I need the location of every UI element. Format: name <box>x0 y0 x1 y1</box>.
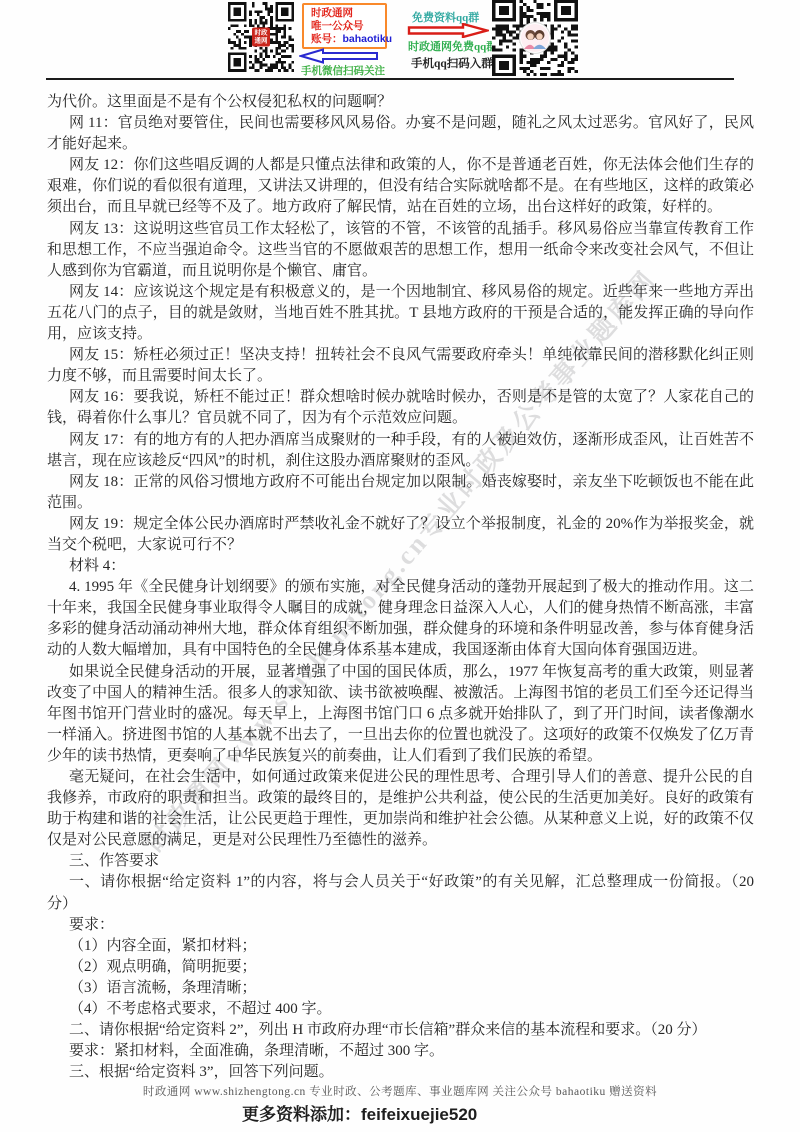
arrow-right-icon <box>407 23 489 38</box>
netizen-comment-17: 网友 17：有的地方有的人把办酒席当成聚财的一种手段，有的人被迫效仿，逐渐形成歪… <box>47 430 754 472</box>
site-name-label: 时政通网 <box>311 7 385 20</box>
question-1-requirement-2: （2）观点明确，简明扼要； <box>47 957 754 978</box>
account-value: bahaotiku <box>343 33 393 45</box>
wechat-account-box: 时政通网 唯一公众号 账号：bahaotiku <box>302 3 387 49</box>
netizen-comment-11: 网 11：官员绝对要管住，民间也需要移风风易俗。办宴不是问题，随礼之风太过恶劣。… <box>47 113 754 155</box>
question-2: 二、请你根据“给定资料 2”，列出 H 市政府办理“市长信箱”群众来信的基本流程… <box>47 1020 754 1041</box>
material-4-paragraph-3: 毫无疑问，在社会生活中，如何通过政策来促进公民的理性思考、合理引导人们的善意、提… <box>47 767 754 851</box>
question-3: 三、根据“给定资料 3”，回答下列问题。 <box>47 1062 754 1083</box>
netizen-comment-13: 网友 13：这说明这些官员工作太轻松了，该管的不管，不该管的乱插手。移风易俗应当… <box>47 219 754 282</box>
material-4-paragraph-1: 4. 1995 年《全民健身计划纲要》的颁布实施，对全民健身活动的蓬勃开展起到了… <box>47 577 754 661</box>
question-1-requirement-1: （1）内容全面，紧扣材料； <box>47 936 754 957</box>
official-account-label: 唯一公众号 <box>311 20 385 33</box>
answer-requirements-heading: 三、作答要求 <box>47 851 754 872</box>
header-divider <box>46 78 734 80</box>
material-4-paragraph-2: 如果说全民健身活动的开展，显著增强了中国的国民体质，那么，1977 年恢复高考的… <box>47 662 754 767</box>
paragraph-continuation: 为代价。这里面是不是有个公权侵犯私权的问题啊？ <box>47 92 754 113</box>
qq-group-avatar <box>520 23 550 53</box>
footer-contact-label: 更多资料添加： <box>242 1105 361 1124</box>
netizen-comment-14: 网友 14：应该说这个规定是有积极意义的，是一个因地制宜、移风易俗的规定。近些年… <box>47 282 754 345</box>
netizen-comment-19: 网友 19：规定全体公民办酒席时严禁收礼金不就好了？设立个举报制度，礼金的 20… <box>47 514 754 556</box>
account-line: 账号：bahaotiku <box>311 33 385 46</box>
netizen-comment-15: 网友 15：矫枉必须过正！坚决支持！扭转社会不良风气需要政府牵头！单纯依靠民间的… <box>47 345 754 387</box>
material-4-heading: 材料 4： <box>47 556 754 577</box>
netizen-comment-16: 网友 16：要我说，矫枉不能过正！群众想啥时候办就啥时候办，否则是不是管的太宽了… <box>47 387 754 429</box>
qq-qr-code-icon <box>492 0 578 76</box>
footer-site-info: 时政通网 www.shizhengtong.cn 专业时政、公考题库、事业题库网… <box>0 1083 800 1099</box>
qq-group-name-label: 时政通网免费qq群 <box>408 38 497 54</box>
netizen-comment-12: 网友 12：你们这些唱反调的人都是只懂点法律和政策的人，你不是普通老百姓，你无法… <box>47 155 754 218</box>
document-text-block: 为代价。这里面是不是有个公权侵犯私权的问题啊？ 网 11：官员绝对要管住，民间也… <box>47 92 754 1083</box>
question-1-requirement-3: （3）语言流畅，条理清晰； <box>47 978 754 999</box>
question-1-requirements-label: 要求： <box>47 915 754 936</box>
scanned-document-page: 时政通网 时政通网 唯一公众号 账号：bahaotiku 手机微信扫码关注 免费… <box>0 0 800 1132</box>
footer-contact-id: feifeixuejie520 <box>361 1105 477 1124</box>
account-label: 账号： <box>311 34 343 45</box>
question-1: 一、请你根据“给定资料 1”的内容，将与会人员关于“好政策”的有关见解，汇总整理… <box>47 872 754 914</box>
wechat-scan-caption: 手机微信扫码关注 <box>301 63 385 78</box>
site-seal-logo: 时政通网 <box>252 28 270 47</box>
arrow-left-icon <box>299 48 379 64</box>
question-2-requirements: 要求：紧扣材料，全面准确，条理清晰，不超过 300 字。 <box>47 1041 754 1062</box>
wechat-qr-code-icon: 时政通网 <box>228 2 294 72</box>
qq-scan-caption: 手机qq扫码入群 <box>411 55 493 71</box>
footer-contact-line: 更多资料添加：feifeixuejie520 <box>242 1100 477 1125</box>
question-1-requirement-4: （4）不考虑格式要求，不超过 400 字。 <box>47 999 754 1020</box>
netizen-comment-18: 网友 18：正常的风俗习惯地方政府不可能出台规定加以限制。婚丧嫁娶时，亲友坐下吃… <box>47 472 754 514</box>
